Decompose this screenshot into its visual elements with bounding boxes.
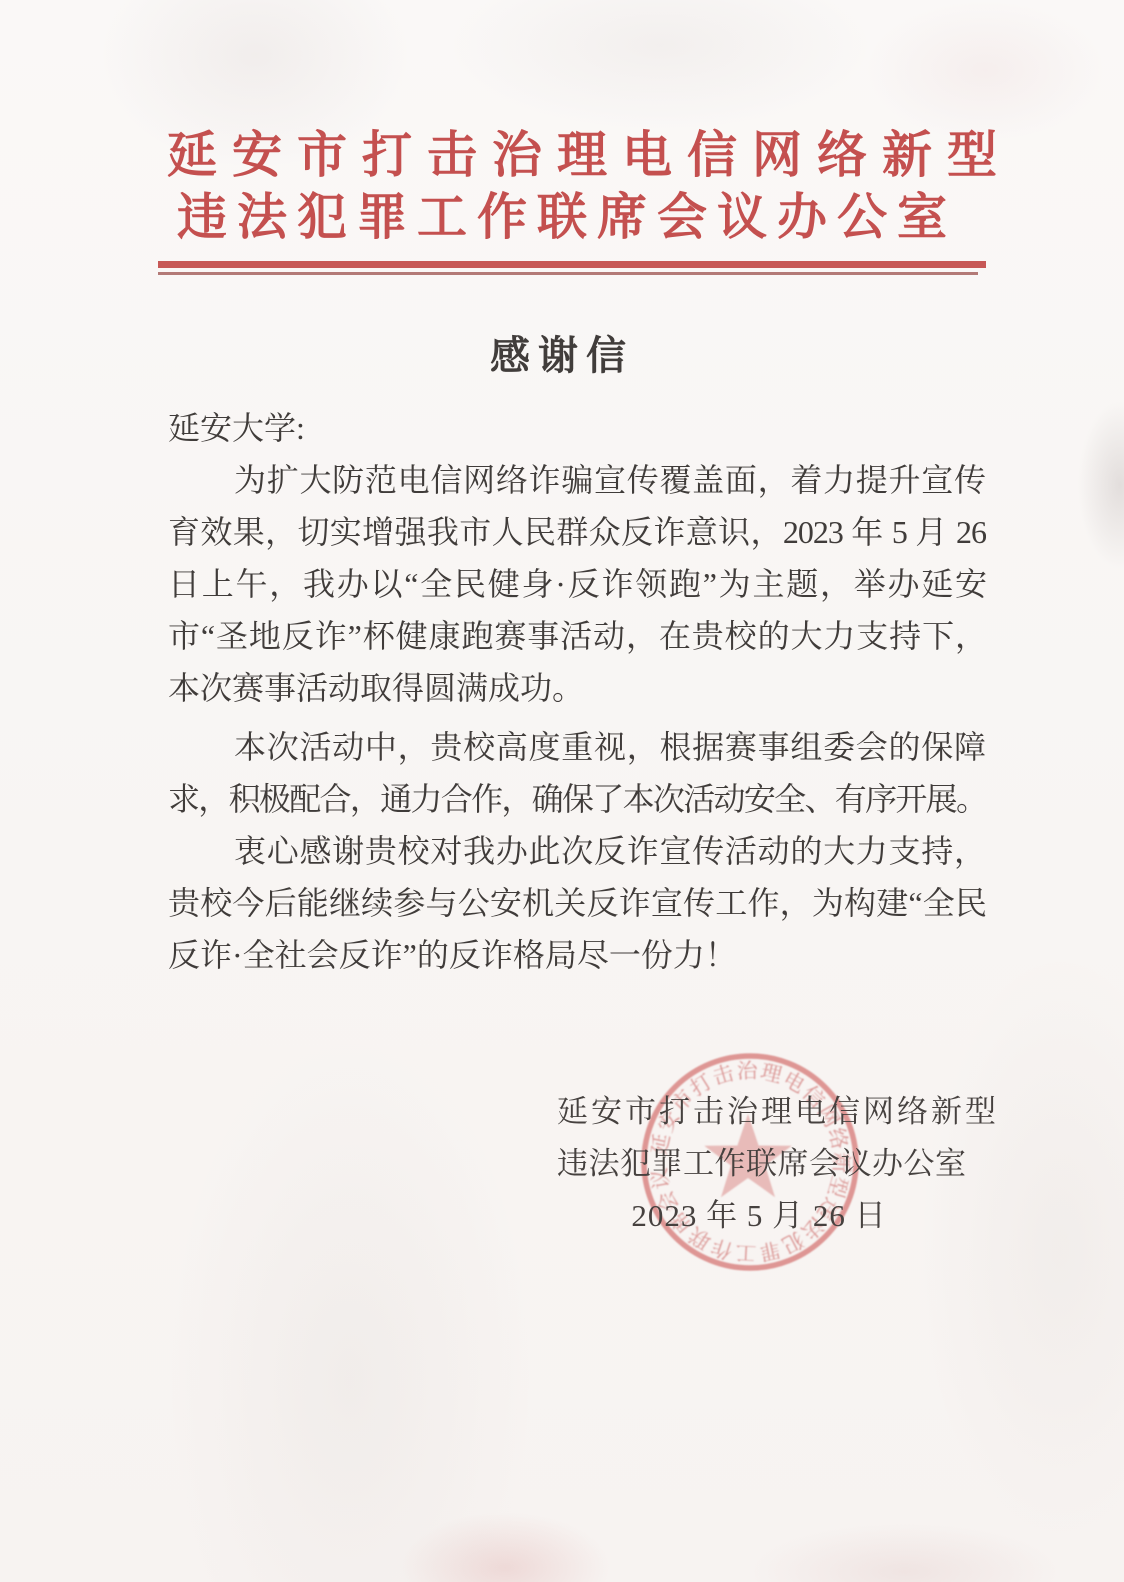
letterhead-rule-thin — [158, 272, 978, 275]
body-line: 育效果，切实增强我市人民群众反诈意识，2023 年 5 月 26 — [168, 506, 986, 558]
letterhead: 延安市打击治理电信网络新型 违法犯罪工作联席会议办公室 — [152, 124, 972, 248]
body-line: 求，积极配合，通力合作，确保了本次活动安全、有序开展。 — [168, 773, 986, 825]
body-line: 贵校今后能继续参与公安机关反诈宣传工作，为构建“全民 — [168, 877, 986, 929]
body-line: 为扩大防范电信网络诈骗宣传覆盖面，着力提升宣传教 — [168, 454, 986, 506]
letter-body: 延安大学: 为扩大防范电信网络诈骗宣传覆盖面，着力提升宣传教 育效果，切实增强我… — [168, 402, 986, 981]
signature-date: 2023 年 5 月 26 日 — [557, 1190, 961, 1242]
body-line: 本次赛事活动取得圆满成功。 — [168, 662, 986, 714]
salutation: 延安大学: — [168, 402, 986, 454]
letterhead-org-line1: 延安市打击治理电信网络新型 — [167, 124, 972, 186]
body-line: 反诈·全社会反诈”的反诈格局尽一份力！ — [168, 929, 986, 981]
signature-org-line1: 延安市打击治理电信网络新型 — [557, 1086, 961, 1138]
letterhead-org-line2: 违法犯罪工作联席会议办公室 — [162, 186, 972, 248]
body-line: 本次活动中，贵校高度重视，根据赛事组委会的保障需 — [168, 721, 986, 773]
letter-title: 感谢信 — [0, 333, 1124, 379]
body-line: 市“圣地反诈”杯健康跑赛事活动，在贵校的大力支持下， — [168, 610, 986, 662]
signature-org-line2: 违法犯罪工作联席会议办公室 — [557, 1138, 961, 1190]
letterhead-rule-thick — [158, 261, 986, 268]
body-line: 衷心感谢贵校对我办此次反诈宣传活动的大力支持，望 — [168, 825, 986, 877]
signature-block: 延安市打击治理电信网络新型 违法犯罪工作联席会议办公室 2023 年 5 月 2… — [557, 1086, 961, 1242]
body-line: 日上午，我办以“全民健身·反诈领跑”为主题，举办延安 — [168, 558, 986, 610]
letter-page: 延安市打击治理电信网络新型 违法犯罪工作联席会议办公室 感谢信 延安大学: 为扩… — [0, 0, 1124, 1582]
